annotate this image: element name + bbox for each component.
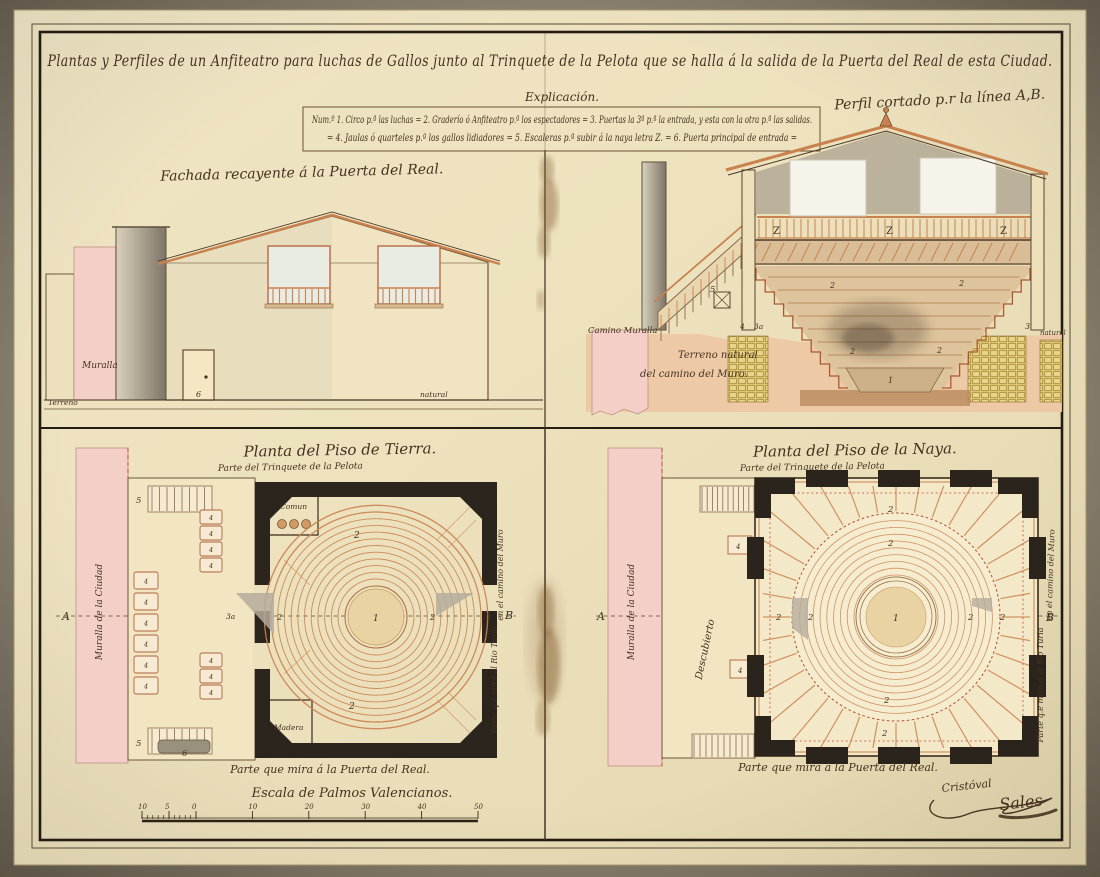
- cage-number: 4: [208, 546, 213, 554]
- rio-turia-label: Parte q.e mira á el Rio Turia: [1036, 627, 1045, 743]
- plan-caption: Parte que mira á la Puerta del Real.: [229, 763, 430, 776]
- cage-number: 4: [208, 657, 213, 665]
- tier-number: 2: [353, 531, 360, 541]
- cage-number: 4: [208, 562, 213, 570]
- tower-elevation: [116, 227, 166, 400]
- pit: [846, 368, 944, 392]
- room-label: Madera: [273, 723, 303, 732]
- tier-number: 2: [883, 696, 889, 706]
- tier-number: 2: [276, 613, 282, 622]
- cage-number: 4: [737, 667, 742, 675]
- cage-number: 4: [143, 683, 148, 691]
- cage-number: 4: [143, 641, 148, 649]
- plan-caption: Parte que mira á la Puerta del Real.: [737, 761, 938, 774]
- pit-number: 1: [888, 376, 893, 385]
- scale-tick-label: 20: [304, 803, 314, 811]
- scanned-drawing-page: { "document": { "title": "Plantas y Perf…: [0, 0, 1100, 877]
- plan-title: Planta del Piso de Tierra.: [242, 439, 436, 460]
- scale-tick-label: 50: [474, 803, 483, 811]
- door-number: 3: [1025, 322, 1030, 331]
- scale-tick-label: 40: [417, 803, 427, 811]
- legend-line-2: = 4. Jaulas ó quarteles p.ª los gallos l…: [327, 133, 797, 144]
- marker-a: A: [596, 610, 605, 623]
- marker-a: A: [61, 610, 70, 623]
- natural-label: natural: [1040, 329, 1066, 337]
- cage-number: 4: [143, 599, 148, 607]
- naya-letter-z: Z: [1000, 226, 1007, 237]
- tier-number: 2: [999, 613, 1005, 623]
- muralla-label: Muralla: [81, 361, 118, 371]
- cage-number: 4: [208, 514, 213, 522]
- tier-number: 2: [967, 613, 973, 623]
- terreno-natural-label: Terreno natural: [678, 350, 758, 361]
- cage-number: 4: [143, 620, 148, 628]
- room-label: Comun: [280, 502, 307, 511]
- cage-number: 4: [208, 530, 213, 538]
- cage-number: 4: [735, 543, 740, 551]
- tier-number: 2: [887, 505, 893, 515]
- tier-number: 2: [958, 279, 964, 288]
- tier-number: 2: [829, 281, 835, 290]
- main-door-number: 6: [182, 749, 188, 759]
- pit-number: 1: [893, 614, 899, 624]
- scale-title: Escala de Palmos Valencianos.: [251, 786, 453, 801]
- scale-tick-label: 30: [361, 803, 370, 811]
- naya-letter-z: Z: [886, 226, 893, 237]
- muralla-vertical-label: Muralla de la Ciudad: [95, 564, 105, 661]
- tier-number: 2: [887, 539, 893, 549]
- gallery-floor: [749, 240, 1034, 264]
- tier-number: 2: [936, 346, 942, 355]
- page-title: Plantas y Perfiles de un Anfiteatro para…: [47, 51, 1053, 70]
- door-number: 3: [486, 612, 491, 621]
- terreno-label: Terreno: [48, 398, 78, 407]
- legend-line-1: Num.º 1. Circo p.ª las luchas = 2. Grade…: [311, 115, 812, 126]
- marker-b: B: [504, 609, 513, 622]
- drawing-canvas: Plantas y Perfiles de un Anfiteatro para…: [0, 0, 1100, 877]
- roof-finial: [883, 107, 888, 112]
- cage-number: 4: [208, 689, 213, 697]
- section-window-right: [920, 158, 996, 214]
- door-number: 3a: [226, 612, 235, 621]
- section-window-left: [790, 160, 866, 216]
- del-camino-label: del camino del Muro.: [640, 369, 748, 380]
- door-opening: [253, 643, 272, 669]
- cage-number: 4: [143, 662, 148, 670]
- tier-number: 2: [429, 613, 435, 622]
- stair-number: 5: [136, 496, 141, 506]
- naya-letter-z: Z: [773, 226, 780, 237]
- pit-number: 1: [373, 614, 379, 624]
- muralla-vertical-label: Muralla de la Ciudad: [627, 564, 637, 661]
- rio-turia-label: Parte q.e mira al Rio Turia: [490, 626, 499, 735]
- scale-tick-label: 0: [192, 803, 197, 811]
- stair-number: 5: [710, 285, 715, 295]
- tier-number: 2: [775, 613, 781, 623]
- tier-number: 2: [849, 347, 855, 356]
- annex-vestibule: 4444444444444 5 5 6: [128, 478, 255, 760]
- door-number: 6: [196, 390, 201, 399]
- camino-muro-label: en el camino del Muro: [496, 529, 505, 620]
- city-wall-elevation: [74, 247, 116, 400]
- door-number: 3a: [754, 322, 763, 331]
- scale-tick-label: 10: [138, 803, 147, 811]
- cage-number: 4: [208, 673, 213, 681]
- stair-number: 5: [136, 739, 141, 749]
- plan-title: Planta del Piso de la Naya.: [752, 439, 957, 461]
- natural-label: natural: [420, 390, 448, 399]
- cage-number: 4: [143, 578, 148, 586]
- cage-number: 4: [739, 322, 745, 331]
- tower-section: [642, 162, 666, 330]
- scale-tick-label: 10: [248, 803, 257, 811]
- legend-heading: Explicación.: [524, 90, 599, 104]
- tier-number: 2: [807, 613, 813, 623]
- camino-muralla-label: Camino Muralla: [588, 326, 657, 336]
- scale-tick-label: 5: [165, 803, 170, 811]
- annex-vestibule: 4 4 Descubierto: [662, 478, 755, 758]
- tier-number: 2: [348, 702, 355, 712]
- tier-number: 2: [881, 729, 887, 739]
